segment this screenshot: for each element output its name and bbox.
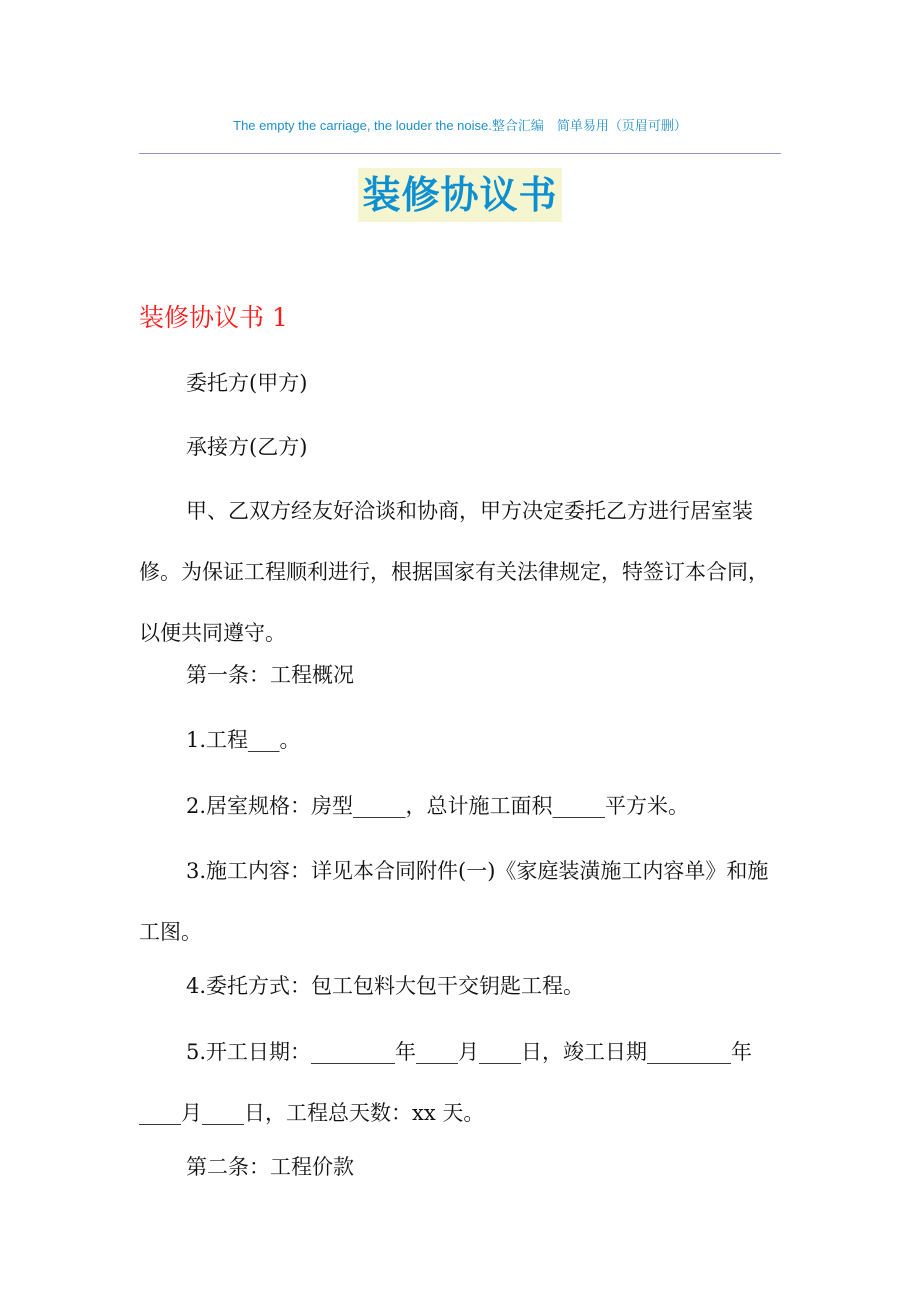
clause-3-construction-content: 3.施工内容：详见本合同附件(一)《家庭装潢施工内容单》和施工图。 [139,841,779,963]
article-1-heading: 第一条：工程概况 [139,645,779,706]
clause-5-dates: 5.开工日期：________年____月____日，竣工日期________年… [139,1022,779,1144]
section-title: 装修协议书 1 [139,300,288,336]
document-title-container: 装修协议书 [0,168,920,222]
paragraph-intro: 甲、乙双方经友好洽谈和协商，甲方决定委托乙方进行居室装修。为保证工程顺利进行，根… [139,481,779,664]
paragraph-party-a: 委托方(甲方) [139,353,779,414]
clause-2-room-spec: 2.居室规格：房型_____，总计施工面积_____平方米。 [139,776,779,837]
document-title: 装修协议书 [358,168,561,222]
paragraph-party-b: 承接方(乙方) [139,417,779,478]
header-divider [139,153,781,154]
clause-1-project: 1.工程___。 [139,710,779,771]
article-2-heading: 第二条：工程价款 [139,1137,779,1198]
clause-4-commission-method: 4.委托方式：包工包料大包干交钥匙工程。 [139,956,779,1017]
header-text: The empty the carriage, the louder the n… [0,115,920,134]
